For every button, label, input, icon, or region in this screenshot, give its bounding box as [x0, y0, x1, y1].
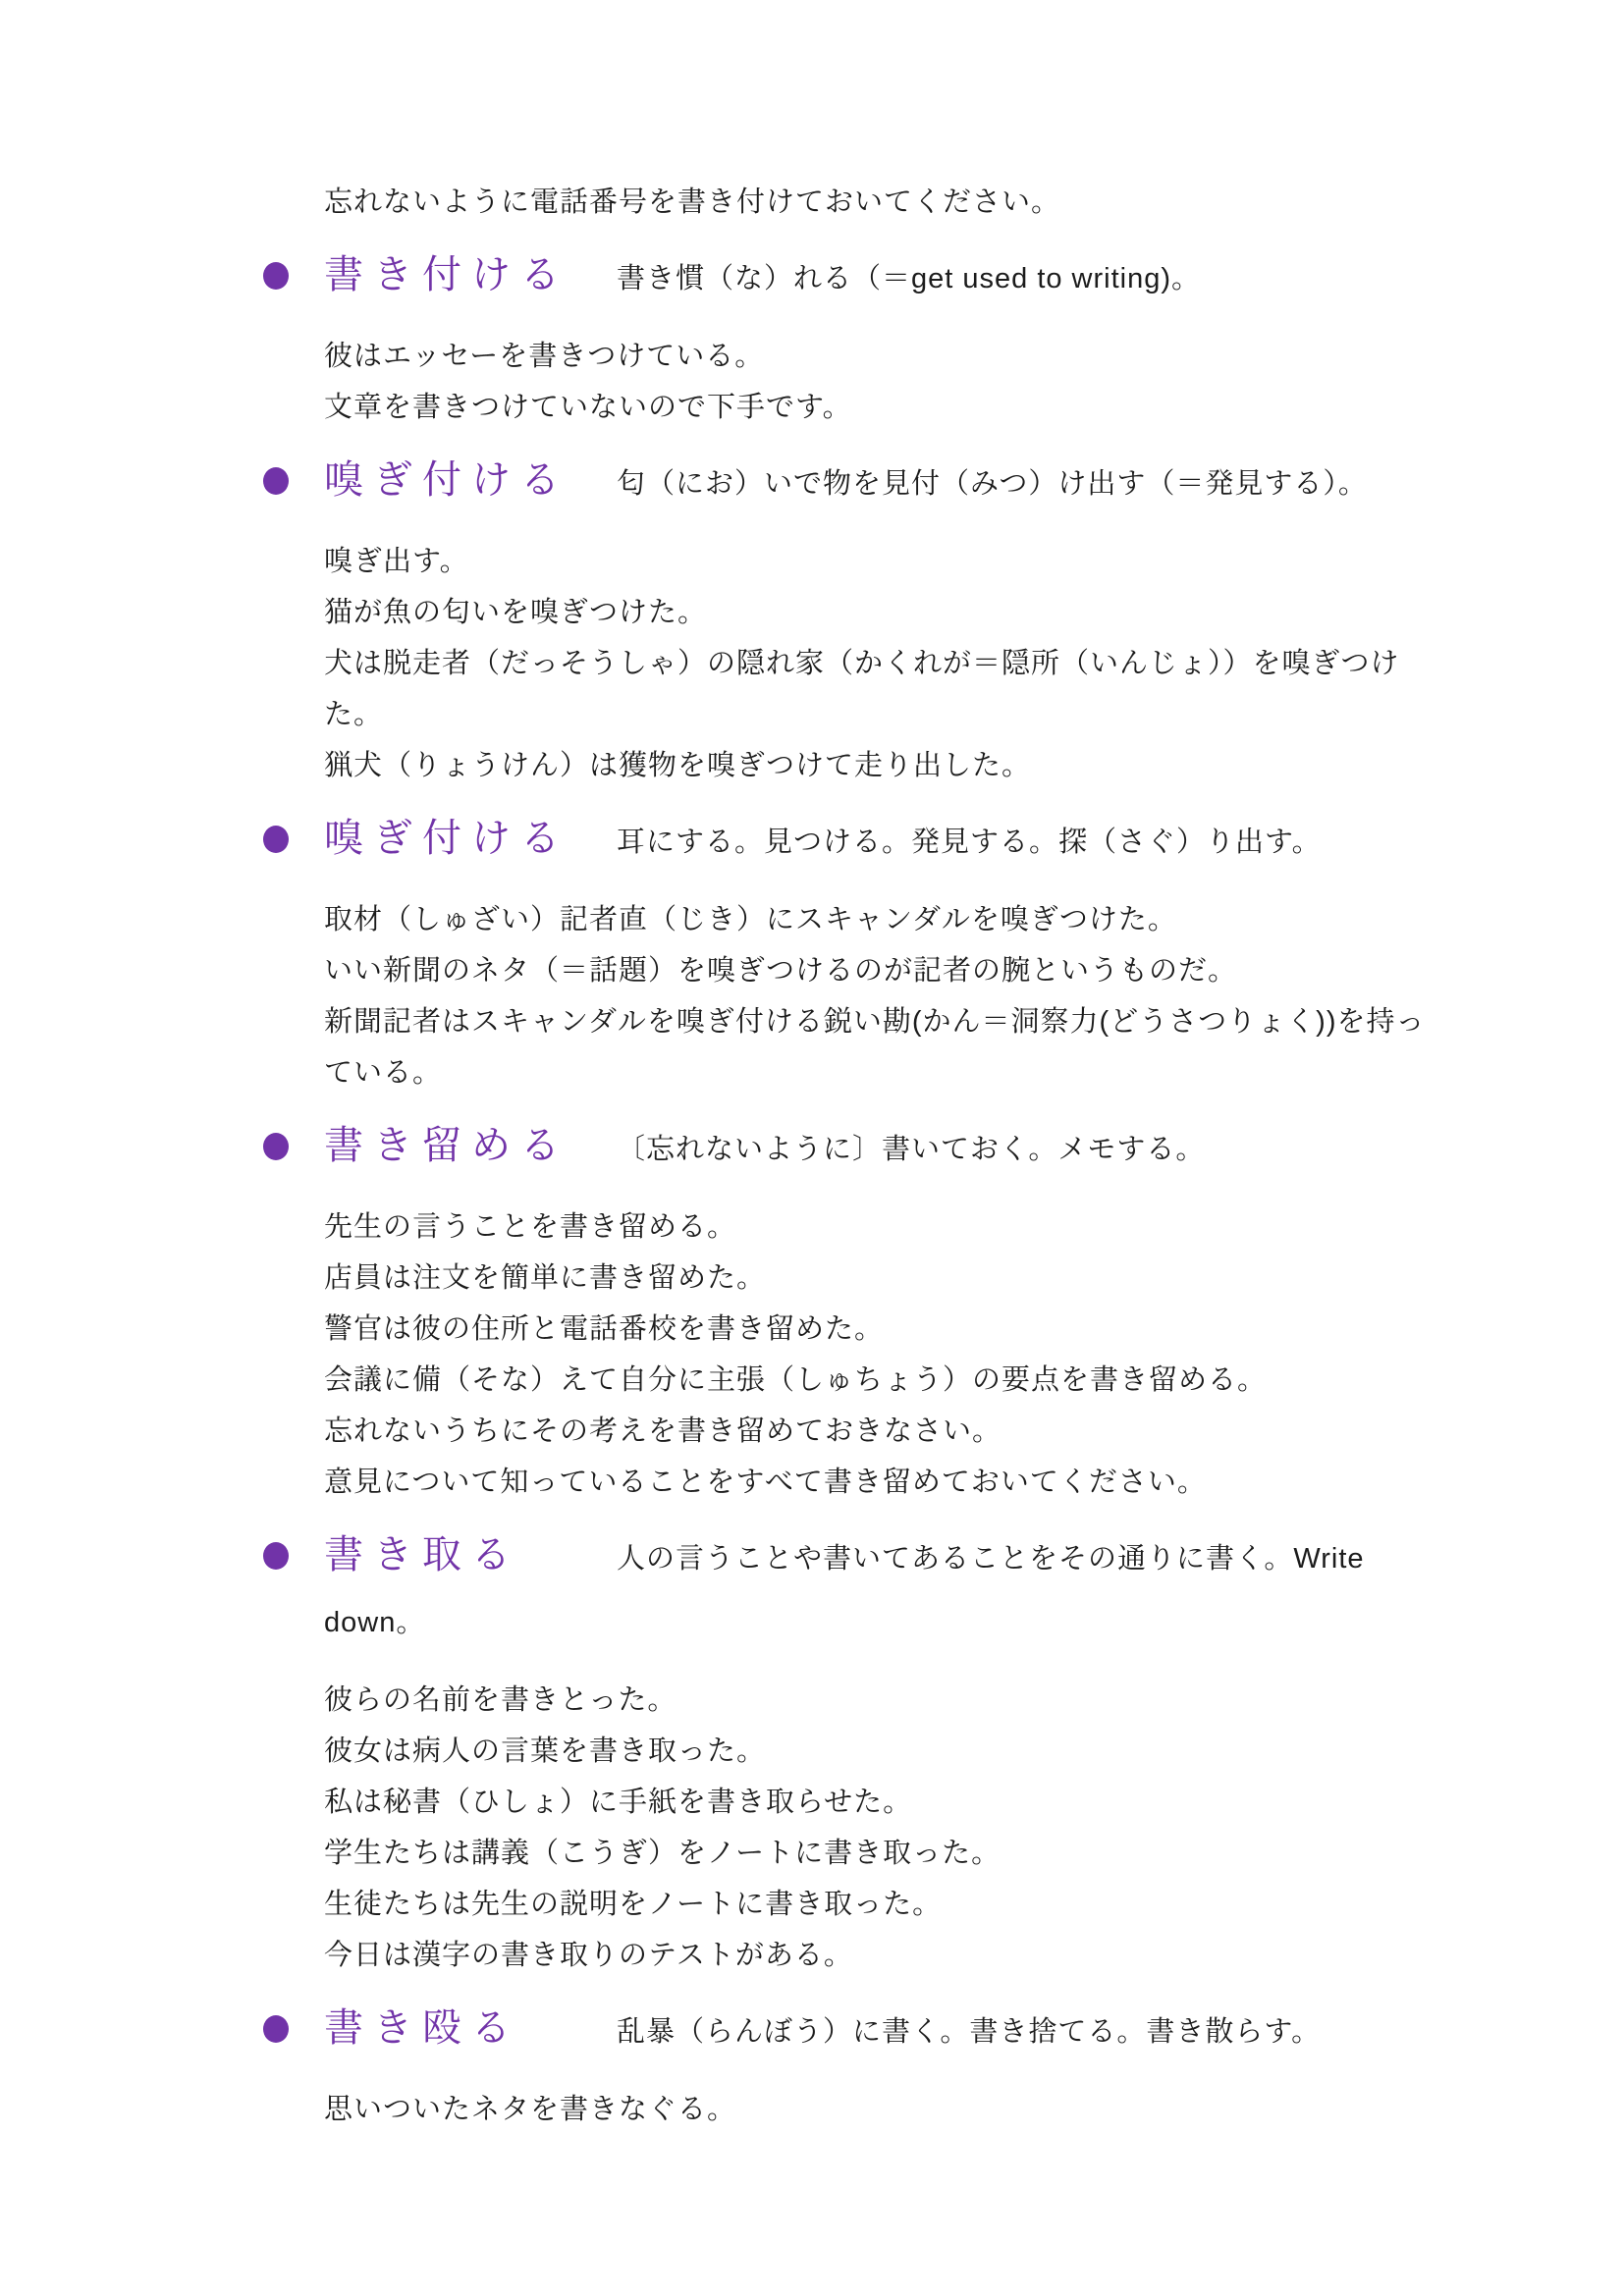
example-sentence: 彼女は病人の言葉を書き取った。: [324, 1726, 1428, 1777]
example-sentence: 猫が魚の匂いを嗅ぎつけた。: [324, 587, 1428, 638]
entry-headword: 嗅ぎ付ける: [324, 809, 571, 868]
example-sentence: 猟犬（りょうけん）は獲物を嗅ぎつけて走り出した。: [324, 740, 1428, 791]
example-sentence: 取材（しゅざい）記者直（じき）にスキャンダルを嗅ぎつけた。: [324, 894, 1428, 945]
entry-headword: 書き付ける: [324, 245, 571, 304]
example-sentence: 彼はエッセーを書きつけている。: [324, 331, 1428, 382]
entry-definition: 〔忘れないように〕書いておく。メモする。: [617, 1134, 1205, 1165]
vocab-entry: 嗅ぎ付ける匂（にお）いで物を見付（みつ）け出す（＝発見する）。 嗅ぎ出す。 猫が…: [324, 451, 1428, 791]
vocab-entry: 書き殴る乱暴（らんぼう）に書く。書き捨てる。書き散らす。 思いついたネタを書きな…: [324, 1999, 1428, 2135]
bullet-icon: [263, 1133, 289, 1160]
example-sentence: 店員は注文を簡単に書き留めた。: [324, 1253, 1428, 1304]
bullet-icon: [263, 1542, 289, 1570]
entry-head: 書き取る人の言うことや書いてあることをその通りに書く。Write down。: [324, 1525, 1428, 1657]
entry-headword: 書き殴る: [324, 1999, 571, 2057]
entry-headword: 嗅ぎ付ける: [324, 451, 571, 509]
vocab-entry: 嗅ぎ付ける耳にする。見つける。発見する。探（さぐ）り出す。 取材（しゅざい）記者…: [324, 809, 1428, 1098]
intro-sentence: 忘れないように電話番号を書き付けておいてください。: [324, 177, 1428, 228]
entry-definition: 耳にする。見つける。発見する。探（さぐ）り出す。: [617, 827, 1322, 858]
example-sentence: 彼らの名前を書きとった。: [324, 1675, 1428, 1726]
example-sentence: 警官は彼の住所と電話番校を書き留めた。: [324, 1304, 1428, 1355]
entry-headword: 書き取る: [324, 1525, 571, 1584]
example-sentence: 文章を書きつけていないので下手です。: [324, 382, 1428, 433]
entry-definition: 書き慣（な）れる（＝get used to writing)。: [617, 263, 1201, 294]
entry-head: 書き付ける書き慣（な）れる（＝get used to writing)。: [324, 245, 1428, 313]
example-sentence: 今日は漢字の書き取りのテストがある。: [324, 1930, 1428, 1981]
vocab-entry: 書き留める〔忘れないように〕書いておく。メモする。 先生の言うことを書き留める。…: [324, 1116, 1428, 1508]
example-sentence: 思いついたネタを書きなぐる。: [324, 2084, 1428, 2135]
entry-head: 嗅ぎ付ける耳にする。見つける。発見する。探（さぐ）り出す。: [324, 809, 1428, 877]
example-list: 彼はエッセーを書きつけている。 文章を書きつけていないので下手です。: [324, 331, 1428, 433]
example-sentence: 忘れないうちにその考えを書き留めておきなさい。: [324, 1406, 1428, 1457]
vocab-entry: 書き付ける書き慣（な）れる（＝get used to writing)。 彼はエ…: [324, 245, 1428, 433]
example-sentence: 先生の言うことを書き留める。: [324, 1201, 1428, 1253]
bullet-icon: [263, 467, 289, 495]
example-sentence: 私は秘書（ひしょ）に手紙を書き取らせた。: [324, 1777, 1428, 1828]
example-list: 嗅ぎ出す。 猫が魚の匂いを嗅ぎつけた。 犬は脱走者（だっそうしゃ）の隠れ家（かく…: [324, 536, 1428, 791]
example-sentence: 学生たちは講義（こうぎ）をノートに書き取った。: [324, 1828, 1428, 1879]
example-list: 彼らの名前を書きとった。 彼女は病人の言葉を書き取った。 私は秘書（ひしょ）に手…: [324, 1675, 1428, 1981]
document-page: 忘れないように電話番号を書き付けておいてください。 書き付ける書き慣（な）れる（…: [0, 0, 1624, 2296]
example-sentence: 生徒たちは先生の説明をノートに書き取った。: [324, 1879, 1428, 1930]
entry-definition: 乱暴（らんぼう）に書く。書き捨てる。書き散らす。: [617, 2016, 1321, 2048]
example-sentence: 新聞記者はスキャンダルを嗅ぎ付ける鋭い勘(かん＝洞察力(どうさつりょく))を持っ…: [324, 996, 1428, 1098]
vocab-entry: 書き取る人の言うことや書いてあることをその通りに書く。Write down。 彼…: [324, 1525, 1428, 1981]
example-sentence: 犬は脱走者（だっそうしゃ）の隠れ家（かくれが＝隠所（いんじょ））を嗅ぎつけた。: [324, 638, 1428, 740]
example-sentence: 嗅ぎ出す。: [324, 536, 1428, 587]
example-list: 思いついたネタを書きなぐる。: [324, 2084, 1428, 2135]
entry-definition: 匂（にお）いで物を見付（みつ）け出す（＝発見する）。: [617, 468, 1368, 500]
example-sentence: 意見について知っていることをすべて書き留めておいてください。: [324, 1457, 1428, 1508]
example-sentence: 会議に備（そな）えて自分に主張（しゅちょう）の要点を書き留める。: [324, 1355, 1428, 1406]
entry-headword: 書き留める: [324, 1116, 571, 1175]
bullet-icon: [263, 262, 289, 290]
entry-head: 書き留める〔忘れないように〕書いておく。メモする。: [324, 1116, 1428, 1184]
example-list: 先生の言うことを書き留める。 店員は注文を簡単に書き留めた。 警官は彼の住所と電…: [324, 1201, 1428, 1508]
example-list: 取材（しゅざい）記者直（じき）にスキャンダルを嗅ぎつけた。 いい新聞のネタ（＝話…: [324, 894, 1428, 1098]
example-sentence: いい新聞のネタ（＝話題）を嗅ぎつけるのが記者の腕というものだ。: [324, 945, 1428, 996]
bullet-icon: [263, 2015, 289, 2043]
entry-head: 嗅ぎ付ける匂（にお）いで物を見付（みつ）け出す（＝発見する）。: [324, 451, 1428, 518]
entry-head: 書き殴る乱暴（らんぼう）に書く。書き捨てる。書き散らす。: [324, 1999, 1428, 2066]
bullet-icon: [263, 826, 289, 853]
